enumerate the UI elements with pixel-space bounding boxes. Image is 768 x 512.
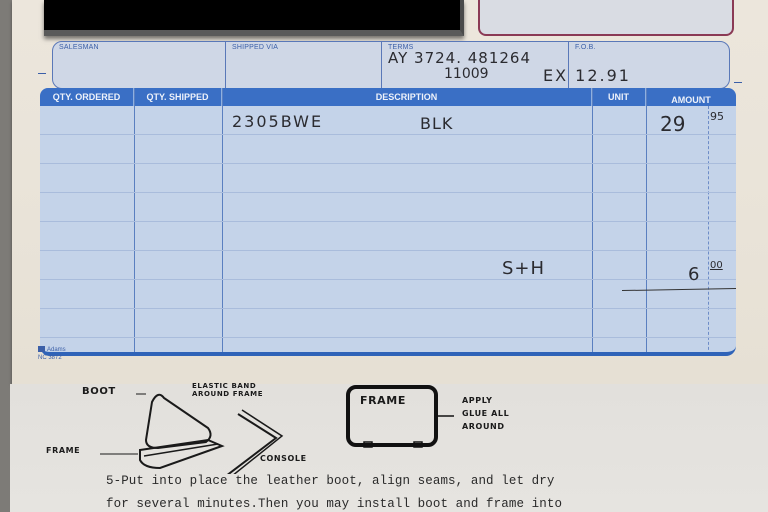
fold-mark	[38, 73, 46, 74]
shipped-via-field: SHIPPED VIA	[226, 42, 382, 88]
row-divider	[40, 250, 736, 251]
invoice-header-box	[478, 0, 734, 36]
terms-value-line2: 11009	[444, 66, 489, 82]
column-header-description: DESCRIPTION	[222, 88, 592, 106]
row-divider	[40, 337, 736, 338]
fold-mark	[734, 82, 742, 83]
salesman-field: SALESMAN	[53, 42, 226, 88]
row-divider	[40, 221, 736, 222]
row-divider	[40, 163, 736, 164]
terms-value: AY 3724. 481264	[388, 49, 531, 67]
boot-sketch-icon	[100, 384, 300, 474]
item-color-note: BLK	[420, 114, 453, 133]
redacted-area	[44, 0, 464, 36]
form-brand: Adams NC 3872	[38, 346, 66, 362]
shipping-info-row: SALESMAN SHIPPED VIA TERMS AY 3724. 4812…	[52, 41, 730, 89]
column-header-qty-shipped: QTY. SHIPPED	[134, 88, 222, 106]
fob-value: EX 12.91	[543, 66, 631, 85]
column-divider	[134, 88, 135, 352]
column-divider	[592, 88, 593, 352]
adams-logo-icon	[38, 346, 45, 352]
instruction-sheet: BOOT ELASTIC BAND AROUND FRAME FRAME CON…	[10, 384, 768, 512]
item-amount: 29	[660, 112, 685, 136]
label-frame-box: FRAME	[360, 394, 406, 407]
item-description: 2305BWE	[232, 112, 323, 131]
column-header-unit: UNIT	[592, 88, 646, 106]
total-underline	[622, 288, 736, 291]
row-divider	[40, 192, 736, 193]
form-number: NC 3872	[38, 355, 62, 361]
label-apply-glue: APPLY GLUE ALL AROUND	[462, 394, 518, 433]
column-divider	[222, 88, 223, 352]
label-frame-left: FRAME	[46, 446, 80, 455]
row-divider	[40, 279, 736, 280]
line-items-table: QTY. ORDERED QTY. SHIPPED DESCRIPTION UN…	[40, 88, 736, 356]
shipped-via-label: SHIPPED VIA	[232, 44, 278, 51]
column-header-amount: AMOUNT	[646, 88, 736, 106]
shipping-amount: 6	[688, 264, 699, 285]
shipping-handling-label: S+H	[502, 258, 545, 279]
cents-divider	[708, 106, 709, 356]
instruction-line: 5-Put into place the leather boot, align…	[106, 474, 554, 488]
instruction-line: for several minutes.Then you may install…	[106, 497, 562, 511]
fob-field: F.O.B. EX 12.91	[569, 42, 729, 88]
column-header-qty-ordered: QTY. ORDERED	[40, 88, 134, 106]
column-divider	[646, 88, 647, 352]
salesman-label: SALESMAN	[59, 44, 99, 51]
shipping-amount-cents: 00	[710, 260, 723, 271]
row-divider	[40, 308, 736, 309]
terms-field: TERMS AY 3724. 481264 11009	[382, 42, 569, 88]
fob-label: F.O.B.	[575, 44, 596, 51]
row-divider	[40, 134, 736, 135]
item-amount-cents: 95	[710, 110, 724, 123]
